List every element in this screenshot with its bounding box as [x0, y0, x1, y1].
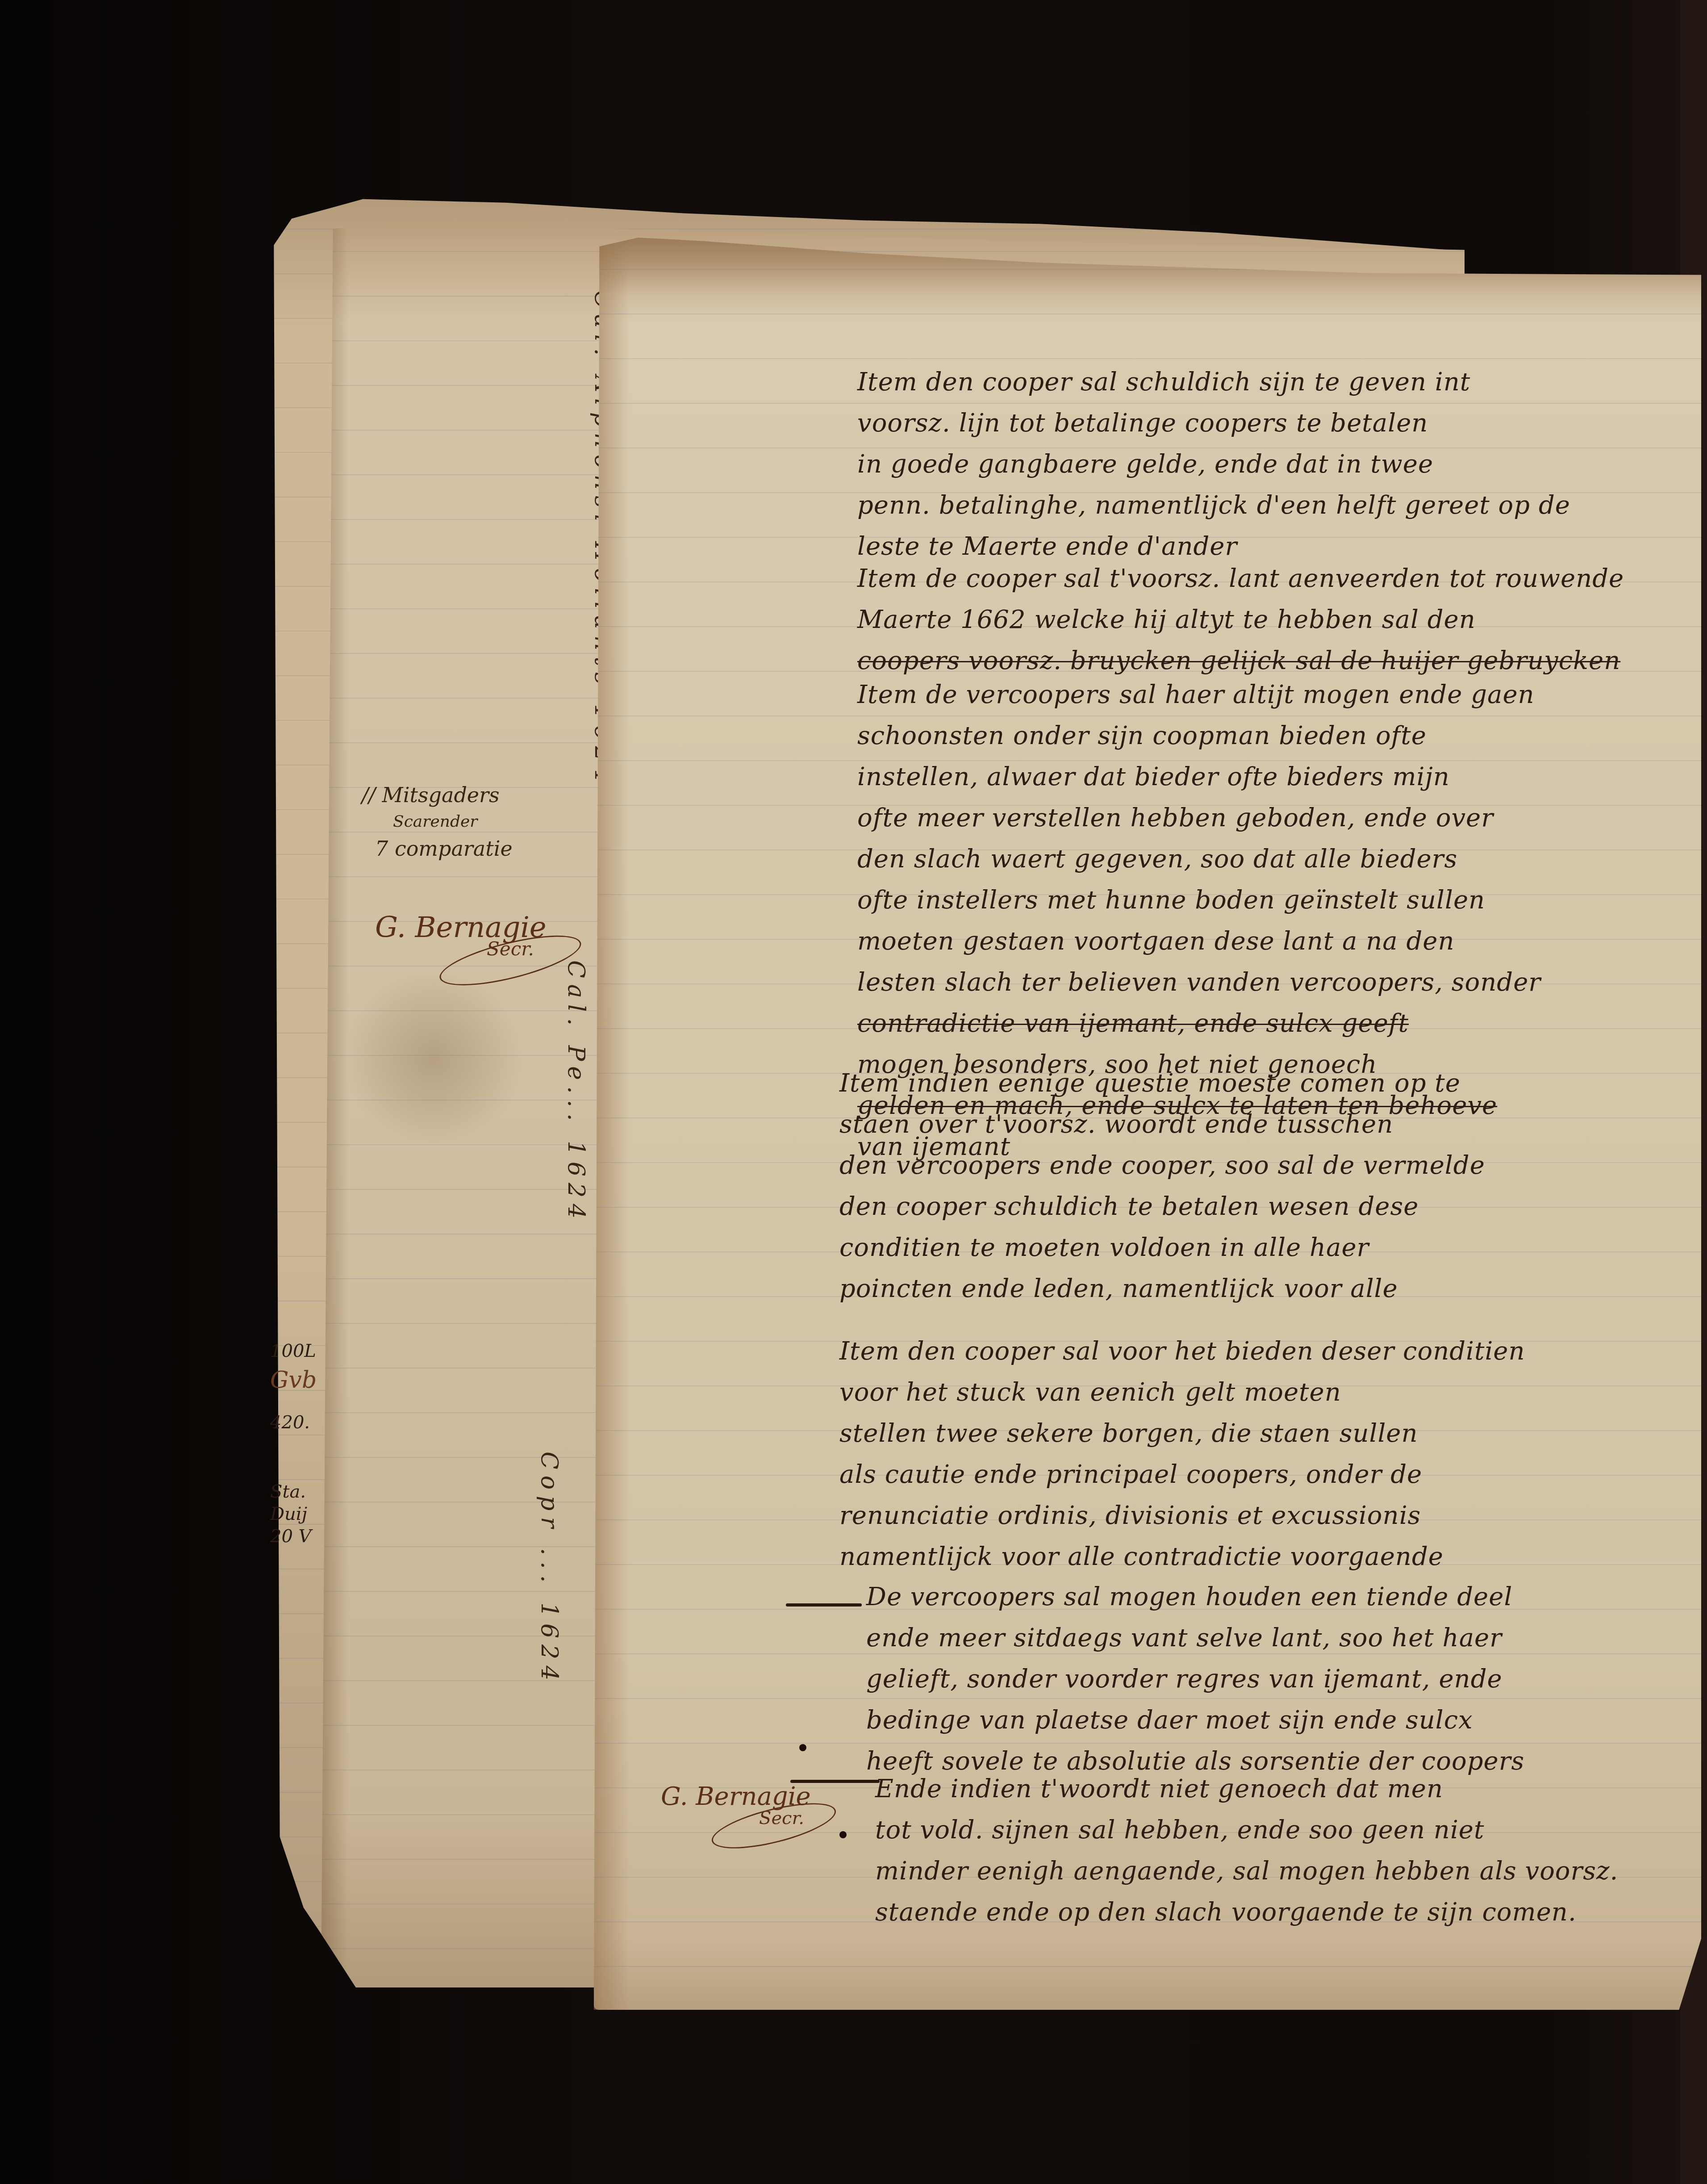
text-line: Maerte 1662 welcke hij altyt te hebben s… — [857, 599, 1624, 640]
text-line: staen over t'voorsz. woordt ende tussche… — [839, 1104, 1485, 1145]
text-line: stellen twee sekere borgen, die staen su… — [839, 1413, 1525, 1454]
text-line: bedinge van plaetse daer moet sijn ende … — [866, 1700, 1524, 1741]
margin-note: // Mitsgaders Scarender 7 comparatie — [362, 782, 513, 862]
text-line: ende meer sitdaegs vant selve lant, soo … — [866, 1618, 1524, 1659]
text-line: namentlijck voor alle contradictie voorg… — [839, 1536, 1525, 1577]
text-line: ofte instellers met hunne boden geïnstel… — [857, 880, 1541, 921]
text-line: De vercoopers sal mogen houden een tiend… — [866, 1577, 1524, 1618]
text-line: als cautie ende principael coopers, onde… — [839, 1454, 1525, 1495]
text-line: minder eenigh aengaende, sal mogen hebbe… — [875, 1851, 1618, 1892]
manuscript-entry: Item indien eenige questie moeste comen … — [839, 1063, 1485, 1310]
back-leaf-note: 100L — [270, 1340, 316, 1362]
text-line: den vercoopers ende cooper, soo sal de v… — [839, 1145, 1485, 1186]
text-line: in goede gangbaere gelde, ende dat in tw… — [857, 444, 1570, 485]
margin-note-line: Scarender — [362, 808, 513, 835]
text-line: staende ende op den slach voorgaende te … — [875, 1892, 1618, 1933]
manuscript-entry: De vercoopers sal mogen houden een tiend… — [866, 1577, 1524, 1782]
text-line: Item den cooper sal voor het bieden dese… — [839, 1331, 1525, 1372]
text-line: voor het stuck van eenich gelt moeten — [839, 1372, 1525, 1413]
text-line: renunciatie ordinis, divisionis et excus… — [839, 1495, 1525, 1536]
signature: G. Bernagie Secr. — [375, 911, 547, 944]
ink-dot — [839, 1831, 847, 1838]
text-line: ofte meer verstellen hebben geboden, end… — [857, 798, 1541, 839]
text-line: Item den cooper sal schuldich sijn te ge… — [857, 362, 1570, 403]
text-line: den cooper schuldich te betalen wesen de… — [839, 1186, 1485, 1227]
back-leaf-note: 20 V — [270, 1525, 312, 1548]
footer-signature: G. Bernagie Secr. — [661, 1782, 811, 1811]
paper-discoloration — [594, 232, 630, 2010]
vertical-text: Cal. Pe... 1624 — [563, 960, 589, 1225]
text-line: Item de vercoopers sal haer altijt mogen… — [857, 674, 1541, 715]
back-leaf-note: Sta. — [270, 1481, 306, 1503]
text-line: schoonsten onder sijn coopman bieden oft… — [857, 715, 1541, 757]
back-leaf-note: 420. — [270, 1411, 310, 1434]
manuscript-entry: Item den cooper sal schuldich sijn te ge… — [857, 362, 1570, 567]
paper-stain — [339, 974, 527, 1143]
text-line: poincten ende leden, namentlijck voor al… — [839, 1268, 1485, 1310]
ink-dot — [799, 1744, 806, 1751]
text-line: tot vold. sijnen sal hebben, ende soo ge… — [875, 1810, 1618, 1851]
vertical-text: Copr ... 1624 — [536, 1452, 563, 1686]
margin-note-line: // Mitsgaders — [362, 782, 513, 808]
text-line: conditien te moeten voldoen in alle haer — [839, 1227, 1485, 1268]
text-line: Item indien eenige questie moeste comen … — [839, 1063, 1485, 1104]
text-line: Item de cooper sal t'voorsz. lant aenvee… — [857, 558, 1624, 599]
margin-note-line: 7 comparatie — [362, 835, 513, 862]
text-line: den slach waert gegeven, soo dat alle bi… — [857, 839, 1541, 880]
manuscript-entry: Item den cooper sal voor het bieden dese… — [839, 1331, 1525, 1577]
text-line: moeten gestaen voortgaen dese lant a na … — [857, 921, 1541, 962]
back-leaf-initials: Gvb — [270, 1369, 317, 1391]
text-line: voorsz. lijn tot betalinge coopers te be… — [857, 403, 1570, 444]
text-line: gelieft, sonder voorder regres van ijema… — [866, 1659, 1524, 1700]
text-line: Ende indien t'woordt niet genoech dat me… — [875, 1769, 1618, 1810]
paragraph-mark — [786, 1603, 862, 1607]
struck-text-line: contradictie van ijemant, ende sulcx gee… — [857, 1003, 1541, 1044]
text-line: penn. betalinghe, namentlijck d'een helf… — [857, 485, 1570, 526]
back-leaf-note: Duij — [270, 1503, 307, 1525]
manuscript-entry: Item de cooper sal t'voorsz. lant aenvee… — [857, 558, 1624, 682]
manuscript-entry: Ende indien t'woordt niet genoech dat me… — [875, 1769, 1618, 1933]
text-line: lesten slach ter believen vanden vercoop… — [857, 962, 1541, 1003]
text-line: instellen, alwaer dat bieder ofte bieder… — [857, 757, 1541, 798]
